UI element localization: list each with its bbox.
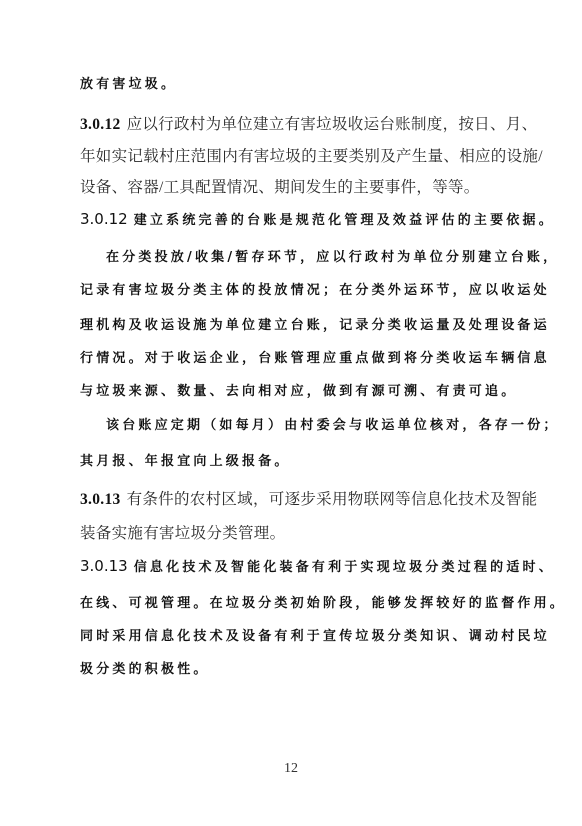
line-text: 行情况。对于收运企业，台账管理应重点做到将分类收运车辆信息 bbox=[80, 351, 550, 366]
clause-number: 3.0.12 bbox=[80, 210, 128, 228]
line-text: 在线、可视管理。在垃圾分类初始阶段，能够发挥较好的监督作用。 bbox=[80, 596, 566, 611]
line-text: 记录有害垃圾分类主体的投放情况；在分类外运环节，应以收运处 bbox=[80, 283, 550, 298]
line-text: 建立系统完善的台账是规范化管理及效益评估的主要依据。 bbox=[134, 213, 555, 228]
text-line: 理机构及收运设施为单位建立台账，记录分类收运量及处理设备运 bbox=[80, 316, 510, 336]
line-text: 同时采用信息化技术及设备有利于宣传垃圾分类知识、调动村民垃 bbox=[80, 629, 550, 644]
line-text: 圾分类的积极性。 bbox=[80, 662, 210, 677]
text-line: 装备实施有害垃圾分类管理。 bbox=[80, 524, 510, 544]
line-text: 在分类投放/收集/暂存环节，应以行政村为单位分别建立台账， bbox=[106, 250, 559, 265]
clause-number: 3.0.13 bbox=[80, 491, 121, 508]
line-text: 有条件的农村区域，可逐步采用物联网等信息化技术及智能 bbox=[127, 491, 538, 508]
line-text: 应以行政村为单位建立有害垃圾收运台账制度，按日、月、 bbox=[127, 116, 538, 133]
page-number: 12 bbox=[0, 761, 582, 777]
text-line: 记录有害垃圾分类主体的投放情况；在分类外运环节，应以收运处 bbox=[80, 281, 510, 301]
line-text: 其月报、年报宜向上级报备。 bbox=[80, 454, 291, 469]
text-line: 放有害垃圾。 bbox=[80, 75, 510, 95]
text-line: 圾分类的积极性。 bbox=[80, 660, 510, 680]
commentary-3-0-12: 3.0.12建立系统完善的台账是规范化管理及效益评估的主要依据。 bbox=[80, 209, 510, 231]
document-page: 放有害垃圾。 3.0.12应以行政村为单位建立有害垃圾收运台账制度，按日、月、 … bbox=[0, 0, 582, 826]
clause-number: 3.0.12 bbox=[80, 116, 121, 133]
text-line: 在线、可视管理。在垃圾分类初始阶段，能够发挥较好的监督作用。 bbox=[80, 594, 510, 614]
text-line: 年如实记载村庄范围内有害垃圾的主要类别及产生量、相应的设施/ bbox=[80, 147, 510, 167]
line-text: 年如实记载村庄范围内有害垃圾的主要类别及产生量、相应的设施/ bbox=[80, 148, 543, 165]
text-line: 其月报、年报宜向上级报备。 bbox=[80, 452, 510, 472]
commentary-3-0-13: 3.0.13信息化技术及智能化装备有利于实现垃圾分类过程的适时、 bbox=[80, 556, 510, 578]
clause-number: 3.0.13 bbox=[80, 557, 128, 575]
text-line: 与垃圾来源、数量、去向相对应，做到有源可溯、有责可追。 bbox=[80, 382, 510, 402]
text-line: 在分类投放/收集/暂存环节，应以行政村为单位分别建立台账， bbox=[106, 248, 536, 268]
line-text: 信息化技术及智能化装备有利于实现垃圾分类过程的适时、 bbox=[134, 560, 555, 575]
line-text: 装备实施有害垃圾分类管理。 bbox=[80, 525, 285, 542]
text-line: 该台账应定期（如每月）由村委会与收运单位核对，各存一份； bbox=[106, 416, 536, 436]
text-line: 同时采用信息化技术及设备有利于宣传垃圾分类知识、调动村民垃 bbox=[80, 627, 510, 647]
clause-3-0-13: 3.0.13有条件的农村区域，可逐步采用物联网等信息化技术及智能 bbox=[80, 490, 510, 510]
line-text: 放有害垃圾。 bbox=[80, 77, 177, 92]
text-line: 行情况。对于收运企业，台账管理应重点做到将分类收运车辆信息 bbox=[80, 349, 510, 369]
line-text: 与垃圾来源、数量、去向相对应，做到有源可溯、有责可追。 bbox=[80, 384, 517, 399]
line-text: 理机构及收运设施为单位建立台账，记录分类收运量及处理设备运 bbox=[80, 318, 550, 333]
clause-3-0-12: 3.0.12应以行政村为单位建立有害垃圾收运台账制度，按日、月、 bbox=[80, 115, 510, 135]
line-text: 设备、容器/工具配置情况、期间发生的主要事件，等等。 bbox=[80, 179, 480, 196]
text-line: 设备、容器/工具配置情况、期间发生的主要事件，等等。 bbox=[80, 178, 510, 198]
line-text: 该台账应定期（如每月）由村委会与收运单位核对，各存一份； bbox=[106, 418, 560, 433]
